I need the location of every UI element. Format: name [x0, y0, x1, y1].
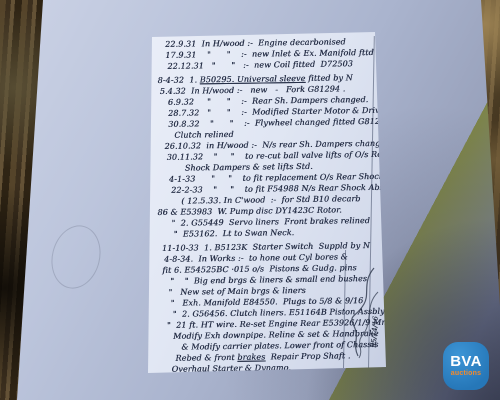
ledger-line: " E53162. Lt to Swan Neck. — [174, 226, 386, 240]
pencil-mark — [45, 220, 107, 294]
ledger-page: 22.9.31 In H/wood :- Engine decarbonised… — [146, 32, 387, 375]
bva-logo-name: BVA — [450, 354, 481, 369]
bva-logo: BVA auctions — [443, 342, 489, 390]
margin-flourish — [343, 266, 383, 364]
bva-logo-sub: auctions — [451, 370, 481, 378]
ledger-line: 22.12.31 " " :- new Coil fitted D72503 — [167, 58, 383, 72]
photo-scene: 22.9.31 In H/wood :- Engine decarbonised… — [0, 0, 500, 400]
